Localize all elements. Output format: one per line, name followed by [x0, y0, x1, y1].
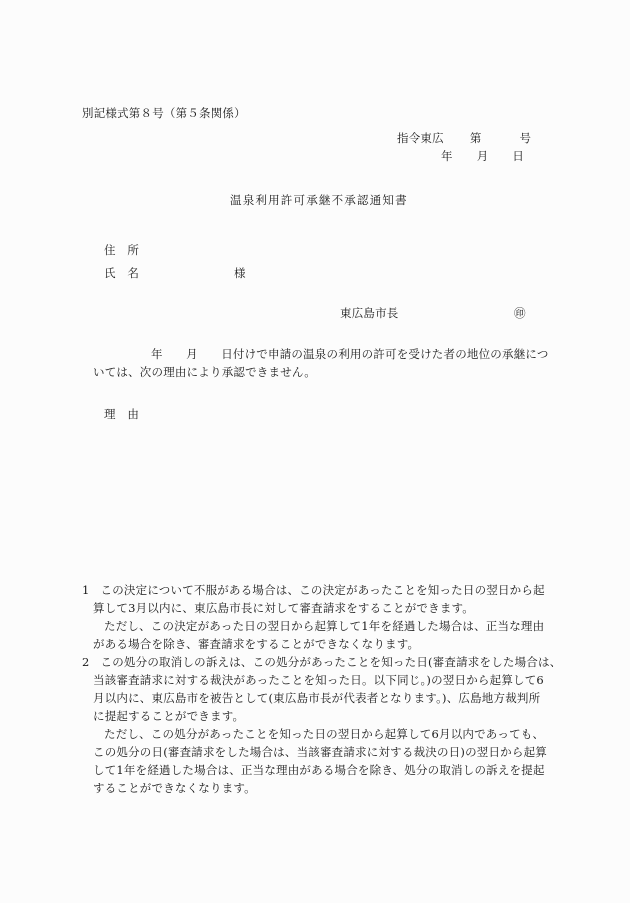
- note-2-line-3: 月以内に、東広島市を被告として(東広島市長が代表者となります。)、広島地方裁判所: [93, 691, 540, 705]
- name-label: 氏 名: [104, 266, 139, 280]
- note-2-proviso-4: することができなくなります。: [93, 781, 256, 795]
- honorific: 様: [234, 266, 246, 280]
- date-day: 日: [512, 149, 524, 163]
- note-1-proviso-2: がある場合を除き、審査請求をすることができなくなります。: [93, 637, 419, 651]
- note-1-line-1: 1この決定について不服がある場合は、この決定があったことを知った日の翌日から起: [82, 583, 545, 597]
- note-number: 1: [82, 583, 90, 597]
- date-month: 月: [477, 149, 489, 163]
- document-number-prefix: 指令東広: [397, 131, 444, 145]
- body-text-line-2: いては、次の理由により承認できません。: [93, 365, 316, 379]
- seal-icon: ㊞: [514, 306, 526, 320]
- note-2-proviso-2: この処分の日(審査請求をした場合は、当該審査請求に対する裁決の日)の翌日から起算: [93, 745, 547, 759]
- note-2-proviso-1: ただし、この処分があったことを知った日の翌日から起算して6月以内であっても、: [104, 727, 544, 741]
- issuer-name: 東広島市長: [340, 306, 399, 320]
- note-2-line-4: に提起することができます。: [93, 709, 244, 723]
- address-label: 住 所: [104, 243, 139, 257]
- note-1-line-2: 算して3月以内に、東広島市長に対して審査請求をすることができます。: [93, 601, 474, 615]
- document-number-dai: 第: [470, 131, 482, 145]
- date-year: 年: [441, 149, 453, 163]
- note-number: 2: [82, 655, 90, 669]
- document-title: 温泉利用許可承継不承認通知書: [230, 193, 408, 207]
- note-2-proviso-3: して1年を経過した場合は、正当な理由がある場合を除き、処分の取消しの訴えを提起: [93, 763, 545, 777]
- note-1-proviso-1: ただし、この決定があった日の翌日から起算して1年を経過した場合は、正当な理由: [104, 619, 544, 633]
- document-number: 指令東広第号: [397, 131, 531, 145]
- document-number-go: 号: [520, 131, 532, 145]
- note-2-line-2: 当該審査請求に対する裁決があったことを知った日。以下同じ。)の翌日から起算して6: [93, 673, 544, 687]
- note-2-line-1: 2この処分の取消しの訴えは、この処分があったことを知った日(審査請求をした場合は…: [82, 655, 561, 669]
- body-text-line-1: 年 月 日付けで申請の温泉の利用の許可を受けた者の地位の承継につ: [151, 347, 549, 361]
- document-date: 年月日: [441, 149, 524, 163]
- reason-label: 理 由: [104, 407, 139, 421]
- form-number: 別記様式第８号（第５条関係）: [82, 106, 246, 120]
